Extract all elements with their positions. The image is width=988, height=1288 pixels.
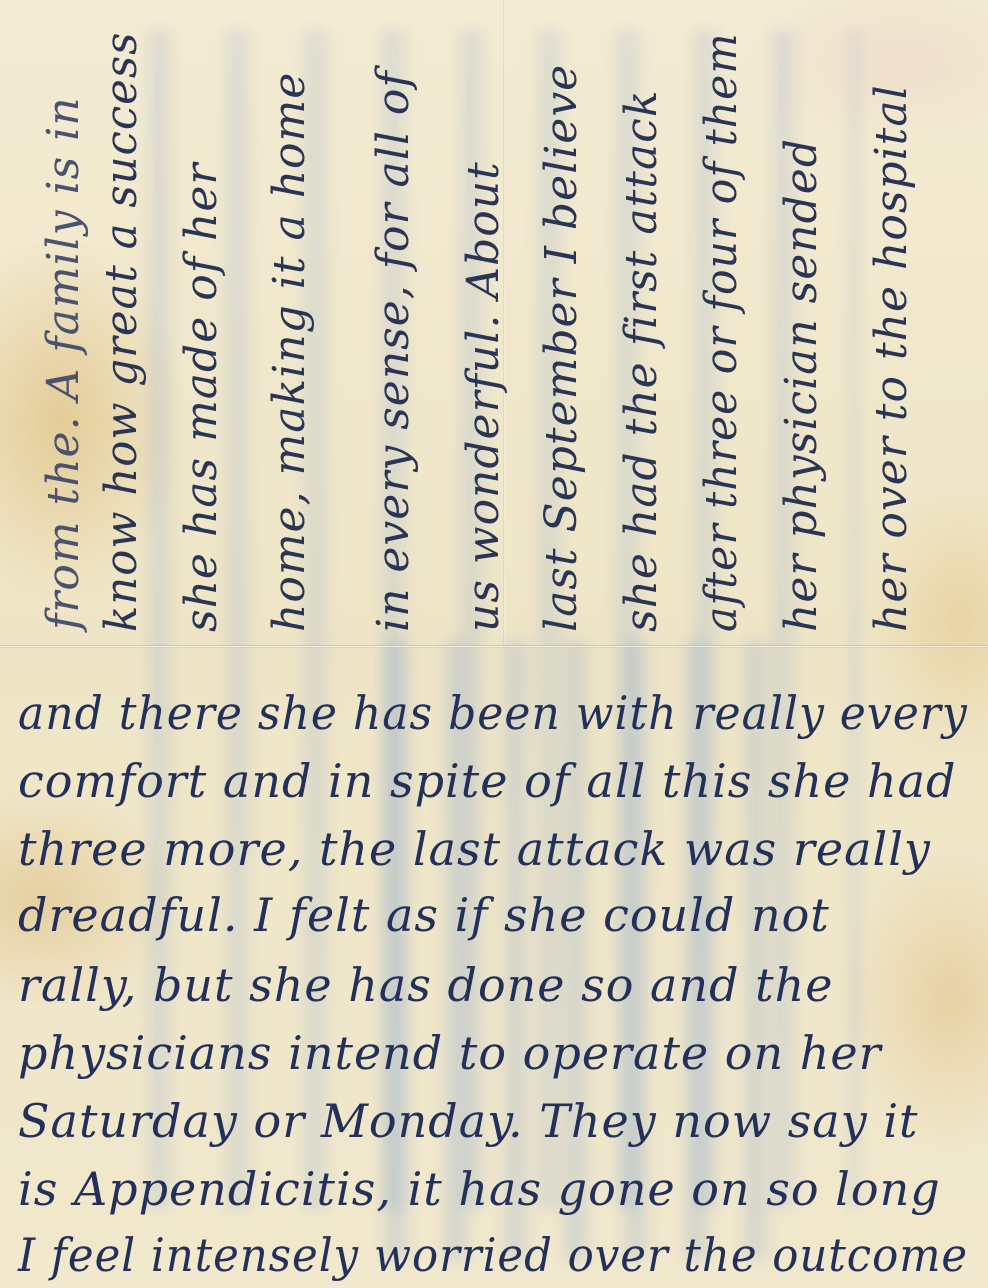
horizontal-line-8: is Appendicitis, it has gone on so long bbox=[18, 1166, 941, 1212]
vertical-line-7: last September I believe bbox=[540, 64, 584, 632]
vertical-line-11: her over to the hospital bbox=[870, 84, 914, 632]
vertical-line-6: us wonderful. About bbox=[462, 161, 506, 632]
vertical-line-1: from the. A family is in bbox=[42, 96, 86, 630]
horizontal-line-7: Saturday or Monday. They now say it bbox=[18, 1098, 919, 1144]
horizontal-fold-crease bbox=[0, 645, 988, 648]
vertical-line-2: know how great a success bbox=[100, 32, 144, 632]
vertical-line-3: she has made of her bbox=[180, 163, 224, 632]
vertical-line-10: her physician sended bbox=[780, 138, 824, 632]
horizontal-line-2: comfort and in spite of all this she had bbox=[18, 758, 957, 804]
horizontal-line-9: I feel intensely worried over the outcom… bbox=[18, 1232, 968, 1278]
horizontal-line-4: dreadful. I felt as if she could not bbox=[18, 892, 830, 938]
horizontal-line-6: physicians intend to operate on her bbox=[18, 1030, 882, 1076]
vertical-line-5: in every sense, for all of bbox=[372, 70, 416, 632]
vertical-line-4: home, making it a home bbox=[268, 72, 312, 632]
horizontal-line-3: three more, the last attack was really bbox=[18, 826, 931, 872]
horizontal-line-5: rally, but she has done so and the bbox=[18, 962, 833, 1008]
vertical-line-8: she had the first attack bbox=[620, 90, 664, 632]
vertical-line-9: after three or four of them bbox=[700, 32, 744, 632]
letter-page: from the. A family is in know how great … bbox=[0, 0, 988, 1288]
horizontal-line-1: and there she has been with really every bbox=[18, 690, 968, 736]
